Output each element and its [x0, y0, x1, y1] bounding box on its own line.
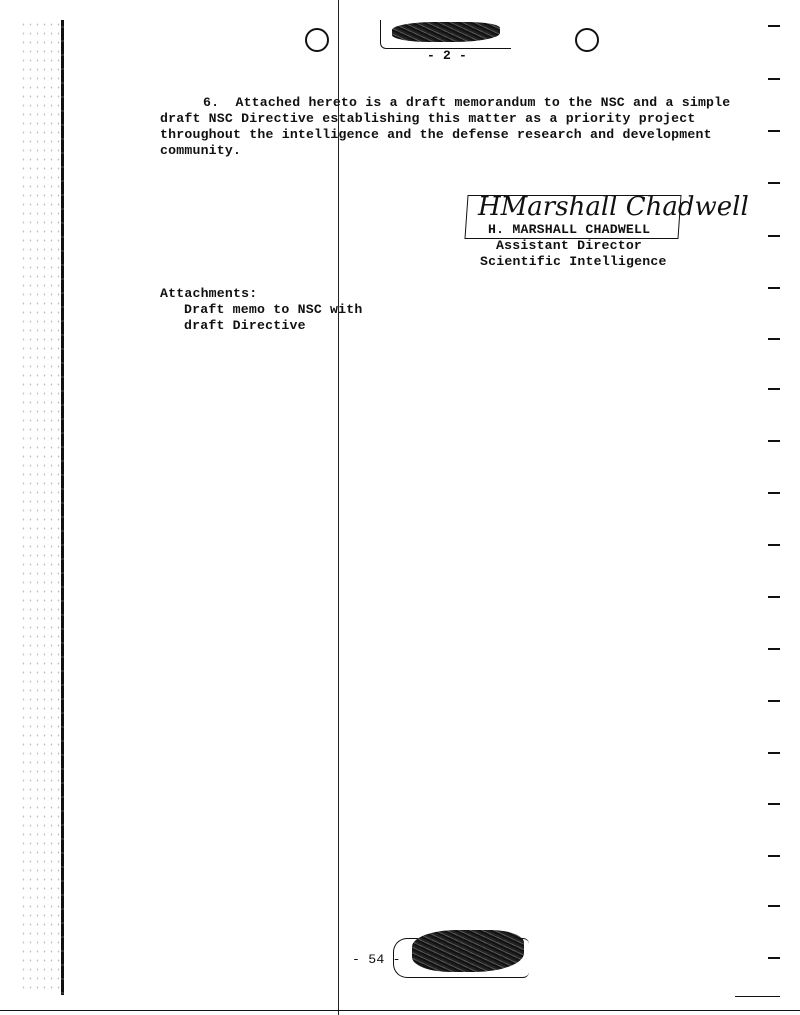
signer-title: Assistant Director — [496, 238, 642, 254]
scan-noise — [20, 20, 60, 990]
margin-tick — [768, 492, 780, 494]
page-marker: - 2 - — [427, 48, 467, 64]
page-bottom-rule — [0, 1010, 800, 1011]
signer-name: H. MARSHALL CHADWELL — [488, 222, 650, 238]
punch-hole-right — [575, 28, 599, 52]
punch-hole-left — [305, 28, 329, 52]
margin-tick — [768, 957, 780, 959]
margin-tick — [768, 388, 780, 390]
faded-text-row — [160, 868, 750, 870]
paragraph-line: 6. Attached hereto is a draft memorandum… — [203, 95, 730, 111]
margin-tick — [768, 752, 780, 754]
faded-text-row — [160, 880, 760, 882]
binding-edge — [61, 20, 64, 995]
redaction-top — [392, 22, 500, 42]
faded-text-row — [160, 795, 770, 797]
margin-tick — [768, 700, 780, 702]
margin-tick — [768, 182, 780, 184]
paragraph-line: draft NSC Directive establishing this ma… — [160, 111, 696, 127]
margin-tick — [768, 235, 780, 237]
paragraph-line: community. — [160, 143, 241, 159]
margin-tick — [768, 855, 780, 857]
redaction-bottom — [412, 930, 524, 972]
attachments-heading: Attachments: — [160, 286, 257, 302]
attachment-item: draft Directive — [184, 318, 306, 334]
margin-tick — [768, 544, 780, 546]
margin-tick — [768, 287, 780, 289]
paragraph-line: throughout the intelligence and the defe… — [160, 127, 712, 143]
footer-rule — [735, 996, 780, 997]
margin-tick — [768, 803, 780, 805]
fold-line — [338, 0, 339, 1015]
margin-tick — [768, 338, 780, 340]
handwritten-signature: HMarshall Chadwell — [478, 192, 749, 222]
signer-office: Scientific Intelligence — [480, 254, 667, 270]
margin-tick — [768, 130, 780, 132]
margin-tick — [768, 648, 780, 650]
margin-tick — [768, 440, 780, 442]
margin-tick — [768, 25, 780, 27]
margin-tick — [768, 905, 780, 907]
margin-tick — [768, 78, 780, 80]
attachment-item: Draft memo to NSC with — [184, 302, 363, 318]
margin-tick — [768, 596, 780, 598]
